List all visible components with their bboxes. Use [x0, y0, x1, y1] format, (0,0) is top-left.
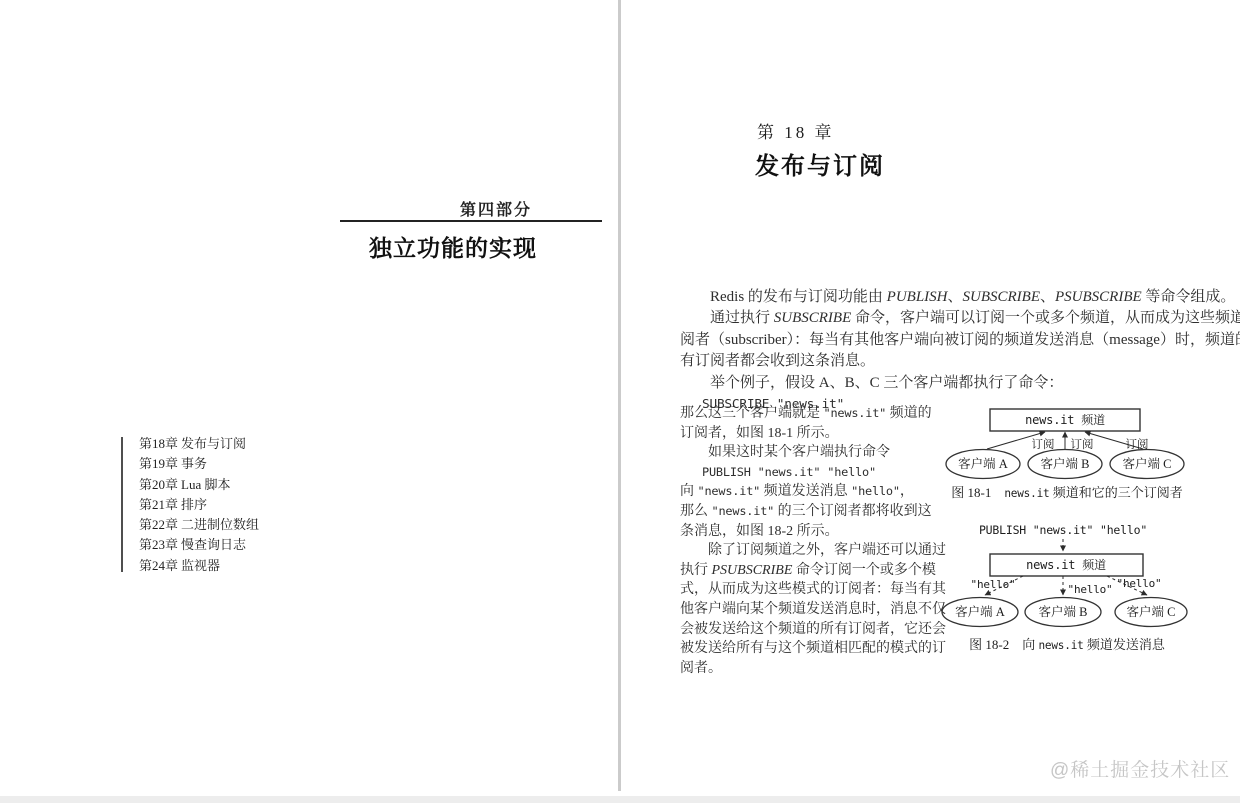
text-segment: 图 18-2 向 [969, 637, 1038, 652]
toc-row: 第23章 慢查询日志 [139, 535, 399, 555]
toc-chapter-title: 慢查询日志 [181, 535, 246, 555]
toc-row: 第18章 发布与订阅 [139, 434, 399, 454]
text-segment: PUBLISH [887, 289, 948, 305]
text-segment: news.it [1038, 639, 1083, 652]
toc-chapter-number: 第24章 [139, 556, 181, 576]
client-label-c: 客户端 C [1127, 604, 1176, 619]
text-segment: SUBSCRIBE [963, 289, 1040, 305]
toc-row: 第20章 Lua 脚本 [139, 475, 399, 495]
watermark: @稀土掘金技术社区 [1050, 755, 1230, 782]
text-segment: 等命令组成。 [1142, 289, 1236, 305]
toc-chapter-number: 第19章 [139, 454, 181, 474]
toc-chapter-title: 事务 [181, 454, 207, 474]
text-line: 执行 PSUBSCRIBE 命令订阅一个或多个模 [680, 561, 952, 581]
text-segment: 除了订阅频道之外，客户端还可以通过 [708, 543, 946, 558]
text-segment: Redis 的发布与订阅功能由 [710, 289, 887, 305]
text-segment: 频道的 [886, 406, 932, 421]
toc-chapter-number: 第23章 [139, 535, 181, 555]
text-segment: 如果这时某个客户端执行命令 [708, 445, 890, 460]
figure-18-2-caption: 图 18-2 向 news.it 频道发送消息 [935, 634, 1199, 653]
text-segment: 命令，客户端可以订阅一个或多个频道，从而成为这些频道的订 [851, 310, 1240, 326]
channel-box-label: news.it 频道 [1025, 412, 1105, 427]
text-line: 通过执行 SUBSCRIBE 命令，客户端可以订阅一个或多个频道，从而成为这些频… [680, 308, 1196, 329]
client-label-b: 客户端 B [1041, 456, 1090, 471]
text-segment: 的三个订阅者都将收到这 [774, 504, 932, 519]
text-segment: "news.it" [824, 406, 887, 420]
text-segment: SUBSCRIBE [774, 310, 851, 326]
toc-chapter-number: 第21章 [139, 495, 181, 515]
toc-row: 第22章 二进制位数组 [139, 515, 399, 535]
toc-row: 第19章 事务 [139, 454, 399, 474]
text-line: 向 "news.it" 频道发送消息 "hello"， [680, 482, 952, 502]
text-segment: 会被发送给这个频道的所有订阅者，它还会 [680, 622, 946, 637]
text-segment: 频道发送消息 [1084, 637, 1165, 652]
text-line: 举个例子，假设 A、B、C 三个客户端都执行了命令： [680, 373, 1196, 394]
text-segment: 命令订阅一个或多个模 [792, 563, 936, 578]
book-scan: 第四部分 独立功能的实现 第18章 发布与订阅 第19章 事务 第20章 Lua… [0, 0, 1240, 803]
text-line: 订阅者，如图 18-1 所示。 [680, 424, 952, 444]
text-line: 除了订阅频道之外，客户端还可以通过 [680, 541, 952, 561]
part-title: 独立功能的实现 [369, 230, 537, 263]
text-segment: 向 [680, 484, 698, 499]
publish-command-label: PUBLISH "news.it" "hello" [979, 524, 1147, 537]
text-segment: 有订阅者都会收到这条消息。 [680, 353, 875, 369]
message-label-c: "hello" [1117, 577, 1162, 590]
text-line: 那么 "news.it" 的三个订阅者都将收到这 [680, 502, 952, 522]
client-label-a: 客户端 A [958, 456, 1008, 471]
text-segment: 他客户端向某个频道发送消息时，消息不仅 [680, 602, 946, 617]
subscribe-label-a: 订阅 [1032, 438, 1055, 451]
toc-chapter-title: Lua 脚本 [181, 475, 230, 495]
chapter-number: 第 18 章 [757, 118, 835, 143]
page-right: 第 18 章 发布与订阅 Redis 的发布与订阅功能由 PUBLISH、SUB… [621, 0, 1240, 803]
client-label-c: 客户端 C [1123, 456, 1172, 471]
page-left: 第四部分 独立功能的实现 第18章 发布与订阅 第19章 事务 第20章 Lua… [0, 0, 618, 803]
toc-row: 第24章 监视器 [139, 556, 399, 576]
client-label-b: 客户端 B [1039, 604, 1088, 619]
text-segment: 频道发送消息 [760, 484, 851, 499]
text-line: 会被发送给这个频道的所有订阅者，它还会 [680, 620, 952, 640]
text-segment: "hello" [851, 484, 900, 498]
subscribe-label-b: 订阅 [1071, 438, 1094, 451]
text-line: 如果这时某个客户端执行命令 [680, 443, 952, 463]
chapter-title: 发布与订阅 [755, 146, 885, 181]
message-label-a: "hello" [971, 578, 1016, 591]
text-line: Redis 的发布与订阅功能由 PUBLISH、SUBSCRIBE、PSUBSC… [680, 287, 1196, 308]
text-segment: 式，从而成为这些模式的订阅者：每当有其 [680, 582, 946, 597]
toc-row: 第21章 排序 [139, 495, 399, 515]
figure-18-2: PUBLISH "news.it" "hello" news.it 频道 "he… [935, 524, 1199, 636]
text-segment: "news.it" [698, 484, 761, 498]
text-segment: 执行 [680, 563, 712, 578]
figure-18-1-caption: 图 18-1 news.it 频道和它的三个订阅者 [935, 482, 1199, 501]
toc-chapter-title: 二进制位数组 [181, 515, 259, 535]
text-line: 那么这三个客户端就是 "news.it" 频道的 [680, 404, 952, 424]
text-segment: 通过执行 [710, 310, 774, 326]
text-segment: 订阅者，如图 18-1 所示。 [680, 426, 839, 441]
text-line: 条消息，如图 18-2 所示。 [680, 522, 952, 542]
channel-box-label: news.it 频道 [1026, 557, 1106, 572]
body-text-column: 那么这三个客户端就是 "news.it" 频道的 订阅者，如图 18-1 所示。… [680, 404, 952, 678]
text-segment: 那么 [680, 504, 712, 519]
text-segment: 举个例子，假设 A、B、C 三个客户端都执行了命令： [710, 375, 1063, 391]
toc-chapter-title: 监视器 [181, 556, 220, 576]
text-segment: ， [900, 484, 914, 499]
text-segment: 被发送给所有与这个频道相匹配的模式的订 [680, 641, 946, 656]
message-label-b: "hello" [1068, 583, 1113, 596]
text-line: 阅者。 [680, 659, 952, 679]
text-line: PUBLISH "news.it" "hello" [680, 463, 952, 483]
page-bottom-edge [0, 796, 1240, 803]
text-segment: PSUBSCRIBE [1055, 289, 1142, 305]
text-line: 他客户端向某个频道发送消息时，消息不仅 [680, 600, 952, 620]
part-number: 第四部分 [340, 197, 532, 220]
client-label-a: 客户端 A [955, 604, 1005, 619]
toc-chapter-number: 第20章 [139, 475, 181, 495]
figure-18-1: news.it 频道 订阅 订阅 订阅 客户端 A 客户端 B 客户端 C [935, 402, 1199, 484]
text-line: 阅者（subscriber）：每当有其他客户端向被订阅的频道发送消息（messa… [680, 330, 1196, 351]
part-divider-rule [340, 220, 602, 222]
text-line: 有订阅者都会收到这条消息。 [680, 351, 1196, 372]
text-segment: 条消息，如图 18-2 所示。 [680, 524, 839, 539]
text-segment: "news.it" [712, 504, 775, 518]
text-segment: 图 18-1 [951, 485, 1004, 500]
toc-chapter-number: 第22章 [139, 515, 181, 535]
text-segment: 频道和它的三个订阅者 [1049, 485, 1182, 500]
text-segment: 阅者（subscriber）：每当有其他客户端向被订阅的频道发送消息（messa… [680, 332, 1240, 348]
toc-chapter-title: 发布与订阅 [181, 434, 246, 454]
text-line: 式，从而成为这些模式的订阅者：每当有其 [680, 580, 952, 600]
text-segment: 、 [1040, 289, 1055, 305]
text-segment: 那么这三个客户端就是 [680, 406, 824, 421]
text-segment: news.it [1004, 487, 1049, 500]
toc-list: 第18章 发布与订阅 第19章 事务 第20章 Lua 脚本 第21章 排序 [139, 434, 399, 576]
text-line: 被发送给所有与这个频道相匹配的模式的订 [680, 639, 952, 659]
toc-chapter-title: 排序 [181, 495, 207, 515]
text-segment: 、 [948, 289, 963, 305]
toc-left-rule [121, 437, 123, 572]
text-segment: PUBLISH "news.it" "hello" [702, 465, 876, 479]
text-segment: PSUBSCRIBE [712, 563, 793, 578]
body-text-intro: Redis 的发布与订阅功能由 PUBLISH、SUBSCRIBE、PSUBSC… [680, 287, 1196, 415]
toc-chapter-number: 第18章 [139, 434, 181, 454]
text-segment: 阅者。 [680, 661, 722, 676]
